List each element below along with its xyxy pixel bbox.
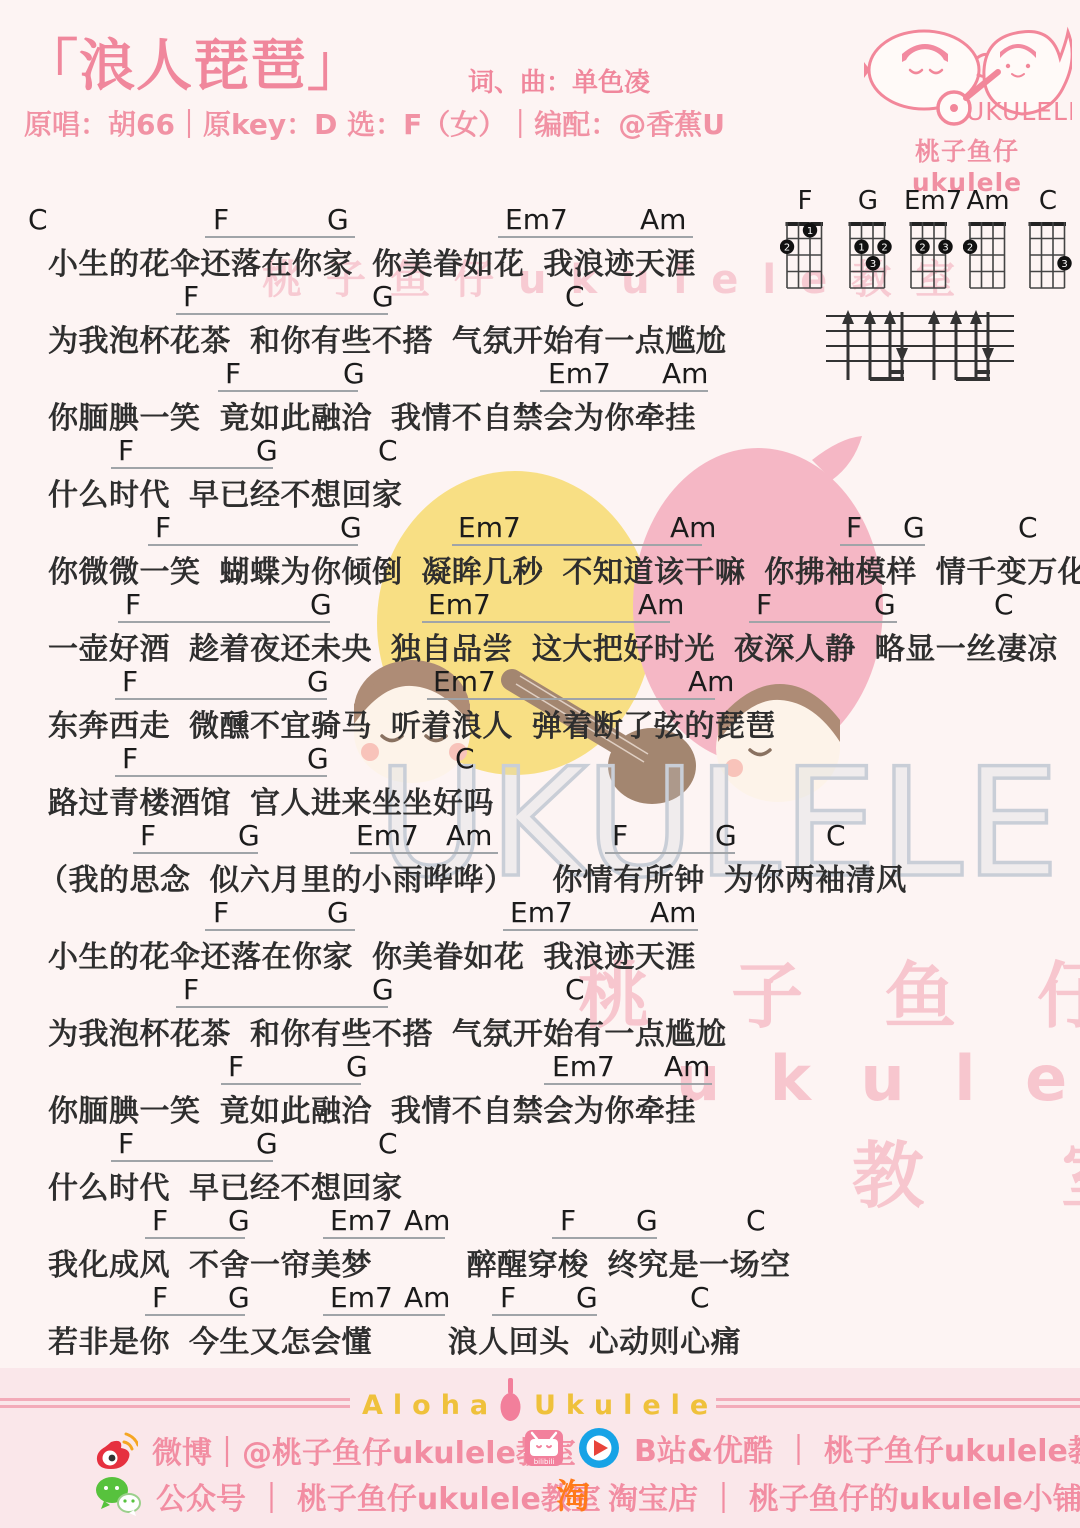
chord-label: G (228, 1204, 250, 1237)
chord-label: F (122, 665, 138, 698)
chord-label: G (307, 742, 329, 775)
chord-underline (427, 698, 715, 700)
lyric-text: 为我泡杯花茶 和你有些不搭 气氛开始有一点尴尬 (48, 316, 726, 360)
chord-label: Em7 (510, 896, 573, 929)
chord-underline (540, 390, 708, 392)
chord-label: F (225, 357, 241, 390)
lyric-text: 小生的花伞还落在你家 你美眷如花 我浪迹天涯 (48, 239, 696, 283)
chord-label: F (152, 1204, 168, 1237)
chord-label: Em7 (428, 588, 491, 621)
chord-label: Am (670, 511, 716, 544)
chord-label: C (994, 588, 1014, 621)
chord-label: Am (404, 1281, 450, 1314)
weibo-icon (96, 1430, 138, 1470)
chord-label: C (690, 1281, 710, 1314)
chord-label: G (874, 588, 896, 621)
bilibili-icon: bilibili (524, 1428, 564, 1468)
chord-label: G (310, 588, 332, 621)
fish-peach-logo-icon: UKULELE (862, 10, 1072, 132)
divider-line (0, 1405, 350, 1408)
chord-underline (605, 852, 735, 854)
chord-underline (503, 929, 698, 931)
chord-label: Em7 (433, 665, 496, 698)
chord-label: F (118, 1127, 134, 1160)
chord-underline (498, 236, 693, 238)
chord-label: Em7 (505, 203, 568, 236)
chord-label: G (903, 511, 925, 544)
lyric-line: FGEm7Am你腼腆一笑 竟如此融洽 我情不自禁会为你牵挂 (0, 1050, 1080, 1126)
social-bilibili-youku: bilibili B站&优酷 ｜ 桃子鱼仔ukulele教室 (524, 1426, 1080, 1470)
social-taobao: 淘 淘宝店 ｜ 桃子鱼仔的ukulele小铺 (552, 1474, 1080, 1518)
divider-line (716, 1398, 1080, 1401)
chord-label: G (343, 357, 365, 390)
chord-label: F (846, 511, 862, 544)
chord-label: C (565, 973, 585, 1006)
chord-underline (221, 1083, 361, 1085)
wechat-icon (94, 1475, 142, 1517)
lyric-line: FGC为我泡杯花茶 和你有些不搭 气氛开始有一点尴尬 (0, 973, 1080, 1049)
chord-underline (115, 698, 327, 700)
chord-label: F (756, 588, 772, 621)
social-label: 微博｜@桃子鱼仔ukulele教室 (152, 1428, 576, 1472)
logo-brand-text: UKULELE (966, 97, 1072, 126)
divider-line (716, 1405, 1080, 1408)
lyric-line: FGC什么时代 早已经不想回家 (0, 434, 1080, 510)
chord-label: G (340, 511, 362, 544)
lyric-line: FGEm7Am小生的花伞还落在你家 你美眷如花 我浪迹天涯 (0, 896, 1080, 972)
lyric-text: 一壶好酒 趁着夜还未央 独自品尝 这大把好时光 夜深人静 略显一丝凄凉 (48, 624, 1058, 668)
lyric-text: 东奔西走 微醺不宜骑马 听着浪人 弹着断了弦的琵琶 (48, 701, 776, 745)
chord-underline (145, 1314, 245, 1316)
chord-label: Em7 (458, 511, 521, 544)
chord-underline (176, 313, 388, 315)
lyric-text: 小生的花伞还落在你家 你美眷如花 我浪迹天涯 (48, 932, 696, 976)
chord-label: G (576, 1281, 598, 1314)
lyric-text: 路过青楼酒馆 官人进来坐坐好吗 (48, 778, 494, 822)
lyric-line: FGC为我泡杯花茶 和你有些不搭 气氛开始有一点尴尬 (0, 280, 1080, 356)
chord-label: G (372, 973, 394, 1006)
lyric-text: 你腼腆一笑 竟如此融洽 我情不自禁会为你牵挂 (48, 1086, 696, 1130)
chord-underline (205, 929, 355, 931)
chord-label: F (228, 1050, 244, 1083)
chord-label: Am (404, 1204, 450, 1237)
chord-label: G (372, 280, 394, 313)
lyric-text: 你微微一笑 蝴蝶为你倾倒 凝眸几秒 不知道该干嘛 你拂袖模样 情千变万化 (48, 547, 1080, 591)
chord-underline (111, 1160, 273, 1162)
chord-label: F (183, 973, 199, 1006)
chord-label: Em7 (330, 1204, 393, 1237)
social-wechat: 公众号 ｜ 桃子鱼仔ukulele教室 (94, 1474, 601, 1518)
chord-underline (323, 1237, 445, 1239)
chord-label: Am (650, 896, 696, 929)
social-label: 淘宝店 ｜ 桃子鱼仔的ukulele小铺 (608, 1474, 1080, 1518)
chord-label: G (256, 434, 278, 467)
chord-label: Am (688, 665, 734, 698)
chord-label: F (213, 896, 229, 929)
youku-icon (578, 1427, 620, 1469)
chord-label: C (1018, 511, 1038, 544)
chord-label: Am (662, 357, 708, 390)
chord-label: Am (640, 203, 686, 236)
chord-label: C (565, 280, 585, 313)
lyric-line: FGEm7Am你腼腆一笑 竟如此融洽 我情不自禁会为你牵挂 (0, 357, 1080, 433)
chord-underline (552, 1237, 657, 1239)
chord-label: F (213, 203, 229, 236)
chord-label: G (238, 819, 260, 852)
chord-label: F (122, 742, 138, 775)
chord-label: F (140, 819, 156, 852)
chord-underline (148, 544, 358, 546)
social-label: 公众号 ｜ 桃子鱼仔ukulele教室 (156, 1474, 601, 1518)
song-info-line: 原唱：胡66｜原key：D 选：F（女）｜编配：@香蕉U (24, 103, 725, 143)
ukulele-divider-icon (498, 1376, 524, 1424)
lyric-line: FGEm7AmFGC若非是你 今生又怎会懂 浪人回头 心动则心痛 (0, 1281, 1080, 1357)
chord-underline (350, 852, 498, 854)
chord-label: F (612, 819, 628, 852)
chord-underline (544, 1083, 712, 1085)
chord-label: G (228, 1281, 250, 1314)
chord-underline (145, 1237, 245, 1239)
chord-label: C (746, 1204, 766, 1237)
chord-label: Am (446, 819, 492, 852)
page-title: 「浪人琵琶」 (22, 22, 364, 102)
lyric-line: CFGEm7Am小生的花伞还落在你家 你美眷如花 我浪迹天涯 (0, 203, 1080, 279)
chord-underline (422, 621, 670, 623)
chord-label: F (118, 434, 134, 467)
chord-underline (749, 621, 897, 623)
svg-text:bilibili: bilibili (534, 1458, 555, 1466)
chord-label: F (152, 1281, 168, 1314)
chord-label: Em7 (330, 1281, 393, 1314)
lyric-text: 我化成风 不舍一帘美梦 醉醒穿梭 终究是一场空 (48, 1240, 791, 1284)
chord-sheet-page: UKULELE 桃子鱼仔ukulele教室 桃 子 鱼 仔 u k u l e … (0, 0, 1080, 1528)
chord-label: G (307, 665, 329, 698)
chord-underline (205, 236, 355, 238)
chord-label: F (125, 588, 141, 621)
chord-label: C (378, 434, 398, 467)
chord-underline (115, 775, 327, 777)
chord-label: G (327, 203, 349, 236)
chord-underline (133, 852, 258, 854)
chord-label: Am (664, 1050, 710, 1083)
chord-label: F (155, 511, 171, 544)
lyric-text: （我的思念 似六月里的小雨哗哗） 你情有所钟 为你两袖清风 (38, 855, 907, 899)
lyric-text: 为我泡杯花茶 和你有些不搭 气氛开始有一点尴尬 (48, 1009, 726, 1053)
chord-underline (118, 621, 330, 623)
chord-underline (492, 1314, 597, 1316)
lyric-text: 你腼腆一笑 竟如此融洽 我情不自禁会为你牵挂 (48, 393, 696, 437)
aloha-text: Aloha (362, 1390, 498, 1421)
chord-label: Em7 (356, 819, 419, 852)
lyric-line: FGEm7AmFGC我化成风 不舍一帘美梦 醉醒穿梭 终究是一场空 (0, 1204, 1080, 1280)
chord-underline (323, 1314, 445, 1316)
chord-label: F (500, 1281, 516, 1314)
chord-label: C (455, 742, 475, 775)
chord-label: G (636, 1204, 658, 1237)
chord-label: C (826, 819, 846, 852)
social-weibo: 微博｜@桃子鱼仔ukulele教室 (96, 1428, 576, 1472)
divider-line (0, 1398, 350, 1401)
social-label: B站&优酷 ｜ 桃子鱼仔ukulele教室 (634, 1426, 1080, 1470)
chord-label: G (327, 896, 349, 929)
lyric-line: FGC什么时代 早已经不想回家 (0, 1127, 1080, 1203)
chord-label: G (715, 819, 737, 852)
svg-text:淘: 淘 (556, 1477, 590, 1517)
lyric-text: 什么时代 早已经不想回家 (48, 1163, 402, 1207)
chord-underline (176, 1006, 388, 1008)
lyric-text: 若非是你 今生又怎会懂 浪人回头 心动则心痛 (48, 1317, 741, 1361)
chord-label: Em7 (552, 1050, 615, 1083)
chord-label: Am (638, 588, 684, 621)
lyric-text: 什么时代 早已经不想回家 (48, 470, 402, 514)
chord-label: G (346, 1050, 368, 1083)
lyric-line: FGEm7AmFGC一壶好酒 趁着夜还未央 独自品尝 这大把好时光 夜深人静 略… (0, 588, 1080, 664)
chord-underline (840, 544, 925, 546)
lyric-line: FGEm7AmFGC你微微一笑 蝴蝶为你倾倒 凝眸几秒 不知道该干嘛 你拂袖模样… (0, 511, 1080, 587)
lyric-line: FGEm7AmFGC（我的思念 似六月里的小雨哗哗） 你情有所钟 为你两袖清风 (0, 819, 1080, 895)
lyric-line: FGC路过青楼酒馆 官人进来坐坐好吗 (0, 742, 1080, 818)
chord-underline (218, 390, 358, 392)
taobao-icon: 淘 (552, 1475, 594, 1517)
studio-logo: UKULELE 桃子鱼仔ukulele (862, 10, 1072, 170)
chord-underline (111, 467, 273, 469)
chord-label: C (28, 203, 48, 236)
chord-label: F (560, 1204, 576, 1237)
chord-label: Em7 (548, 357, 611, 390)
chord-label: F (183, 280, 199, 313)
chord-label: G (256, 1127, 278, 1160)
chord-label: C (378, 1127, 398, 1160)
lyric-line: FGEm7Am东奔西走 微醺不宜骑马 听着浪人 弹着断了弦的琵琶 (0, 665, 1080, 741)
ukulele-text: Ukulele (534, 1390, 718, 1421)
chord-underline (452, 544, 702, 546)
composer-credit: 词、曲：单色凌 (468, 62, 650, 99)
